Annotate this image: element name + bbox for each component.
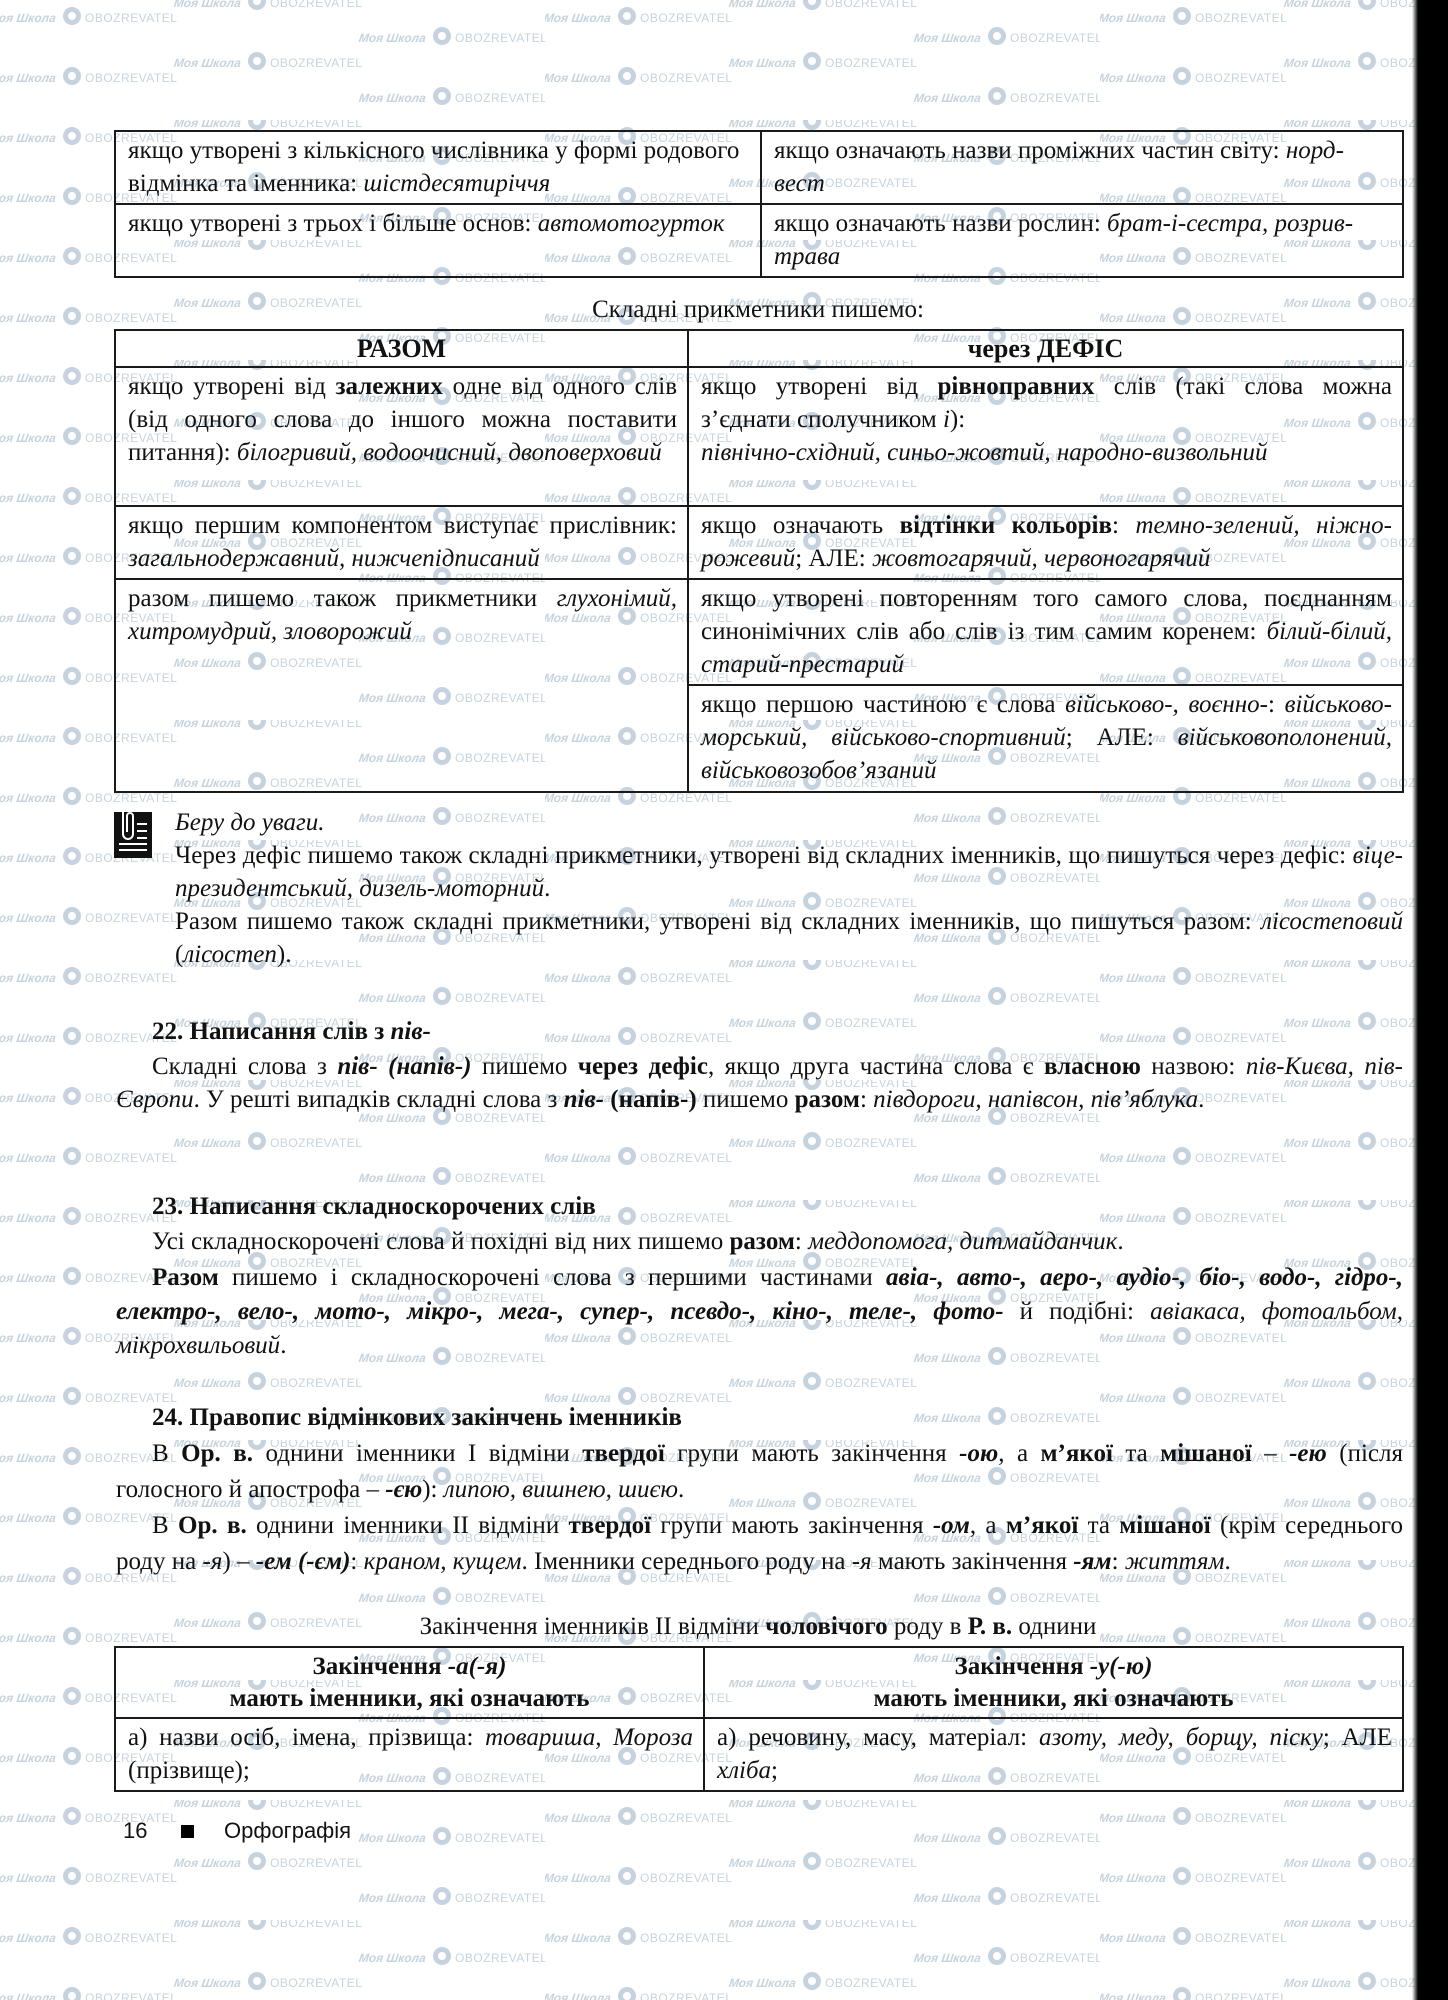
page-number: 16 xyxy=(123,1818,163,1844)
header-ending-u: Закінчення -у(-ю)мають іменники, які озн… xyxy=(704,1647,1403,1718)
adjectives-table-caption: Складні прикметники пишемо: xyxy=(114,295,1402,325)
table-row: якщо утворені з трьох і більше основ: ав… xyxy=(115,204,1403,277)
note-paragraph: Через дефіс пишемо також складні прикмет… xyxy=(175,839,1403,905)
note-paragraph: Разом пишемо також складні прикметники, … xyxy=(175,905,1403,971)
table-cell: якщо утворені від залежних одне від одно… xyxy=(115,367,688,506)
header-ending-a: Закінчення -а(-я)мають іменники, які озн… xyxy=(115,1647,704,1718)
note-title: Беру до уваги. xyxy=(175,806,1403,839)
table-cell: а) речовину, масу, матеріал: азоту, меду… xyxy=(704,1718,1403,1791)
compound-nouns-table: якщо утворені з кількісного числівника у… xyxy=(114,130,1404,278)
table-cell: якщо утворені від рівноправних слів (так… xyxy=(688,367,1403,506)
section-22-paragraph: Складні слова з пів- (напів-) пишемо чер… xyxy=(116,1050,1403,1116)
table-cell: якщо першим компонентом виступає прислів… xyxy=(115,506,688,579)
header-together: РАЗОМ xyxy=(115,330,688,367)
page-footer: 16Орфографія xyxy=(123,1818,351,1844)
noun-endings-table: Закінчення -а(-я)мають іменники, які озн… xyxy=(114,1646,1404,1792)
clipboard-note-icon xyxy=(114,810,152,858)
table-cell: якщо утворені з кількісного числівника у… xyxy=(115,131,761,204)
section-23-paragraph: Разом пишемо і складноскорочені слова з … xyxy=(116,1261,1403,1363)
table-cell: якщо означають назви рослин: брат-і-сест… xyxy=(761,204,1403,277)
table-row: якщо утворені з кількісного числівника у… xyxy=(115,131,1403,204)
table-cell: якщо означають назви проміжних частин св… xyxy=(761,131,1403,204)
header-hyphen: через ДЕФІС xyxy=(688,330,1403,367)
section-23-paragraph: Усі складноскорочені слова й похідні від… xyxy=(116,1225,1403,1258)
section-22-heading: 22. Написання слів з пів- xyxy=(152,1017,431,1047)
table-cell: разом пишемо також прикметники глухоніми… xyxy=(115,579,688,792)
table-cell: якщо означають відтінки кольорів: темно-… xyxy=(688,506,1403,579)
table-cell: а) назви осіб, імена, прізвища: товариша… xyxy=(115,1718,704,1791)
section-24-paragraph: В Ор. в. однини іменники II відміни твер… xyxy=(116,1508,1403,1580)
table-cell: якщо утворені повторенням того самого сл… xyxy=(688,579,1403,685)
bullet-square-icon xyxy=(181,1825,194,1838)
section-24-paragraph: В Ор. в. однини іменники I відміни тверд… xyxy=(116,1436,1403,1508)
scan-edge-shadow xyxy=(1418,0,1448,2000)
section-24-heading: 24. Правопис відмінкових закінчень іменн… xyxy=(152,1403,682,1433)
section-23-heading: 23. Написання складноскорочених слів xyxy=(152,1192,596,1222)
footer-section-title: Орфографія xyxy=(224,1818,351,1843)
table-cell: якщо першою частиною є слова військово-,… xyxy=(688,685,1403,792)
endings-table-caption: Закінчення іменників II відміни чоловічо… xyxy=(114,1612,1402,1642)
table-cell: якщо утворені з трьох і більше основ: ав… xyxy=(115,204,761,277)
compound-adjectives-table: РАЗОМ через ДЕФІС якщо утворені від зале… xyxy=(114,329,1404,793)
